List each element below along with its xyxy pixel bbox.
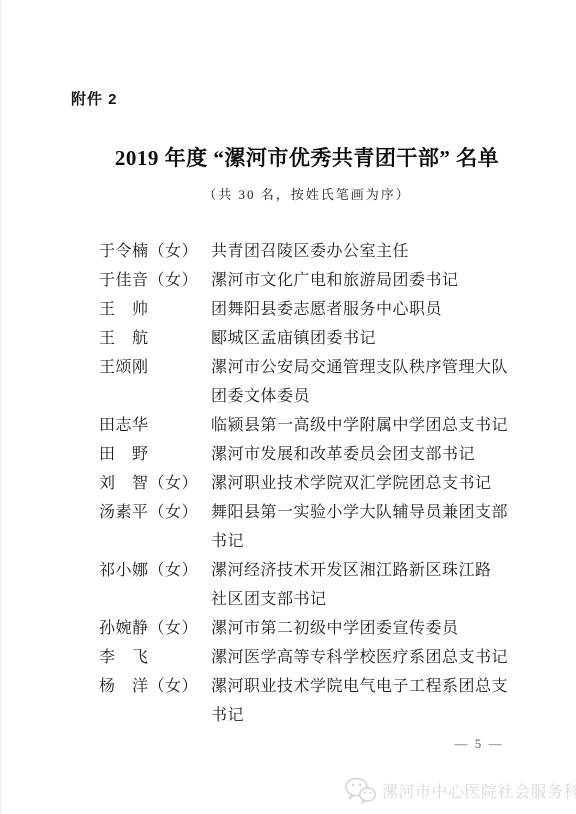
list-item: 田 野 漯河市发展和改革委员会团支部书记 <box>99 440 539 469</box>
entry-name: 祁小娜（女） <box>99 556 211 585</box>
entry-name: 于令楠（女） <box>99 237 211 266</box>
list-item: 王颂刚 漯河市公安局交通管理支队秩序管理大队团委文体委员 <box>99 353 539 411</box>
entry-description-line: 郾城区孟庙镇团委书记 <box>211 324 537 353</box>
entry-description-line: 团委文体委员 <box>211 382 537 411</box>
entry-name: 李 飞 <box>99 643 211 672</box>
list-item: 刘 智（女） 漯河职业技术学院双汇学院团总支书记 <box>99 469 539 498</box>
list-item: 王 帅 团舞阳县委志愿者服务中心职员 <box>99 295 539 324</box>
entry-description-line: 临颍县第一高级中学附属中学团总支书记 <box>211 411 537 440</box>
document-page: 附件 2 2019 年度 “漯河市优秀共青团干部” 名单 （共 30 名，按姓氏… <box>0 0 576 814</box>
attachment-label: 附件 2 <box>71 88 118 109</box>
list-item: 于佳音（女） 漯河市文化广电和旅游局团委书记 <box>99 266 539 295</box>
list-item: 汤素平（女） 舞阳县第一实验小学大队辅导员兼团支部书记 <box>99 498 539 556</box>
list-item: 孙婉静（女） 漯河市第二初级中学团委宣传委员 <box>99 614 539 643</box>
watermark: 漯河市中心医院社会服务科 <box>344 777 576 804</box>
page-number: — 5 — <box>437 736 521 752</box>
entry-name: 孙婉静（女） <box>99 614 211 643</box>
list-item: 王 航 郾城区孟庙镇团委书记 <box>99 324 539 353</box>
entry-name: 杨 洋（女） <box>99 672 211 701</box>
entry-name: 田 野 <box>99 440 211 469</box>
entry-description-line: 社区团支部书记 <box>211 585 537 614</box>
entry-description: 临颍县第一高级中学附属中学团总支书记 <box>211 411 537 440</box>
entry-description: 漯河经济技术开发区湘江路新区珠江路社区团支部书记 <box>211 556 537 614</box>
list-item: 于令楠（女） 共青团召陵区委办公室主任 <box>99 237 539 266</box>
list-item: 祁小娜（女） 漯河经济技术开发区湘江路新区珠江路社区团支部书记 <box>99 556 539 614</box>
entry-name: 田志华 <box>99 411 211 440</box>
entry-name: 于佳音（女） <box>99 266 211 295</box>
entry-description-line: 团舞阳县委志愿者服务中心职员 <box>211 295 537 324</box>
entry-description-line: 舞阳县第一实验小学大队辅导员兼团支部 <box>211 498 537 527</box>
entries-list: 于令楠（女） 共青团召陵区委办公室主任 于佳音（女） 漯河市文化广电和旅游局团委… <box>99 237 539 730</box>
wechat-icon <box>344 777 377 804</box>
entry-name: 汤素平（女） <box>99 498 211 527</box>
entry-description: 漯河职业技术学院双汇学院团总支书记 <box>211 469 537 498</box>
entry-description-line: 漯河市发展和改革委员会团支部书记 <box>211 440 537 469</box>
entry-description: 漯河市发展和改革委员会团支部书记 <box>211 440 537 469</box>
list-item: 杨 洋（女） 漯河职业技术学院电气电子工程系团总支书记 <box>99 672 539 730</box>
entry-description-line: 共青团召陵区委办公室主任 <box>211 237 537 266</box>
entry-description: 漯河市文化广电和旅游局团委书记 <box>211 266 537 295</box>
entry-description-line: 书记 <box>211 701 537 730</box>
entry-description-line: 书记 <box>211 527 537 556</box>
entry-description: 漯河职业技术学院电气电子工程系团总支书记 <box>211 672 537 730</box>
list-item: 田志华 临颍县第一高级中学附属中学团总支书记 <box>99 411 539 440</box>
entry-description-line: 漯河市文化广电和旅游局团委书记 <box>211 266 537 295</box>
entry-description-line: 漯河经济技术开发区湘江路新区珠江路 <box>211 556 537 585</box>
entry-name: 刘 智（女） <box>99 469 211 498</box>
page-subtitle: （共 30 名，按姓氏笔画为序） <box>71 184 543 203</box>
entry-description-line: 漯河职业技术学院双汇学院团总支书记 <box>211 469 537 498</box>
entry-description-line: 漯河市第二初级中学团委宣传委员 <box>211 614 537 643</box>
entry-description: 漯河市公安局交通管理支队秩序管理大队团委文体委员 <box>211 353 537 411</box>
entry-name: 王颂刚 <box>99 353 211 382</box>
entry-description: 郾城区孟庙镇团委书记 <box>211 324 537 353</box>
page-title: 2019 年度 “漯河市优秀共青团干部” 名单 <box>71 142 543 172</box>
list-item: 李 飞 漯河医学高等专科学校医疗系团总支书记 <box>99 643 539 672</box>
watermark-text: 漯河市中心医院社会服务科 <box>382 779 576 802</box>
entry-description-line: 漯河职业技术学院电气电子工程系团总支 <box>211 672 537 701</box>
entry-description: 舞阳县第一实验小学大队辅导员兼团支部书记 <box>211 498 537 556</box>
entry-description: 团舞阳县委志愿者服务中心职员 <box>211 295 537 324</box>
entry-description-line: 漯河市公安局交通管理支队秩序管理大队 <box>211 353 537 382</box>
entry-description: 漯河医学高等专科学校医疗系团总支书记 <box>211 643 537 672</box>
entry-description: 共青团召陵区委办公室主任 <box>211 237 537 266</box>
entry-description-line: 漯河医学高等专科学校医疗系团总支书记 <box>211 643 537 672</box>
entry-name: 王 航 <box>99 324 211 353</box>
entry-name: 王 帅 <box>99 295 211 324</box>
entry-description: 漯河市第二初级中学团委宣传委员 <box>211 614 537 643</box>
